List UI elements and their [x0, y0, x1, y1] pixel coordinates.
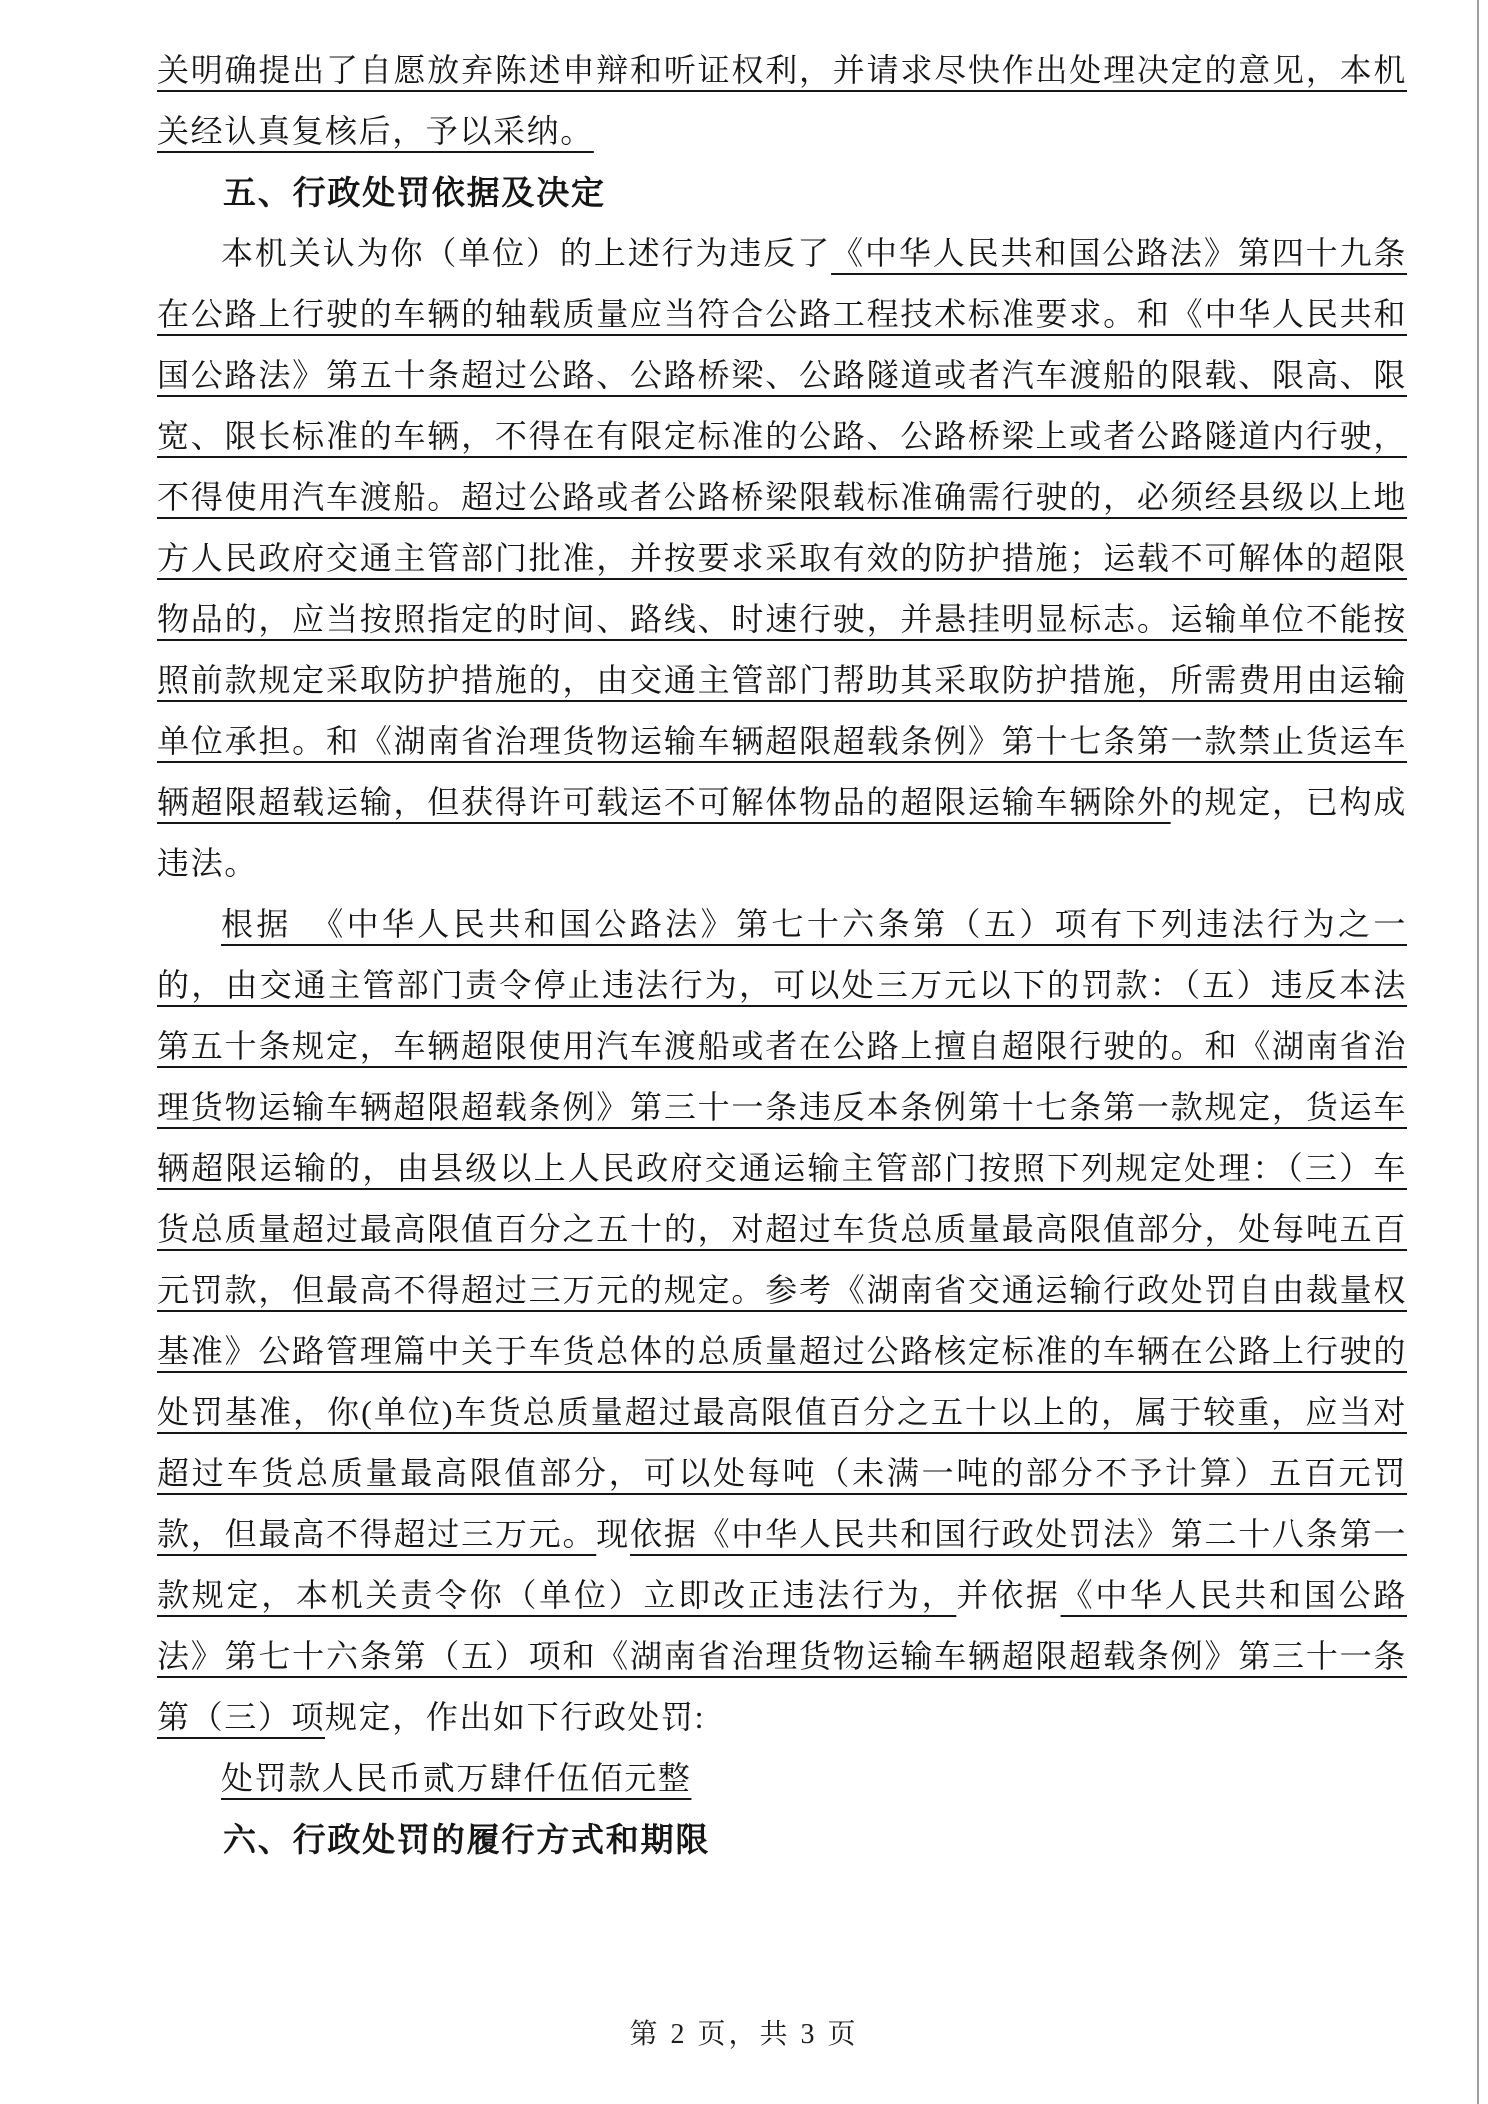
underlined-text: 根据 《中华人民共和国公路法》第七十六条第（五）项有下列违法行为之一的，由交通主… — [157, 906, 1407, 1552]
underlined-text: 关明确提出了自愿放弃陈述申辩和听证权利，并请求尽快作出处理决定的意见，本机关经认… — [157, 52, 1407, 149]
paragraph: 根据 《中华人民共和国公路法》第七十六条第（五）项有下列违法行为之一的，由交通主… — [157, 894, 1407, 1748]
plain-text: 规定，作出如下行政处罚: — [325, 1699, 705, 1735]
page-number: 第 2 页，共 3 页 — [629, 2019, 858, 2050]
underlined-text: 处罚款人民币贰万肆仟伍佰元整 — [221, 1760, 691, 1796]
page-footer: 第 2 页，共 3 页 — [0, 2012, 1488, 2052]
document-body: 关明确提出了自愿放弃陈述申辩和听证权利，并请求尽快作出处理决定的意见，本机关经认… — [157, 40, 1407, 1870]
underlined-text: 《中华人民共和国公路法》第四十九条在公路上行驶的车辆的轴载质量应当符合公路工程技… — [157, 235, 1407, 820]
section-heading: 五、行政处罚依据及决定 — [157, 162, 1407, 223]
paragraph: 处罚款人民币贰万肆仟伍佰元整 — [157, 1748, 1407, 1809]
paragraph: 关明确提出了自愿放弃陈述申辩和听证权利，并请求尽快作出处理决定的意见，本机关经认… — [157, 40, 1407, 162]
document-page: 关明确提出了自愿放弃陈述申辩和听证权利，并请求尽快作出处理决定的意见，本机关经认… — [0, 0, 1488, 2104]
plain-text: 现 — [596, 1516, 630, 1552]
paragraph: 本机关认为你（单位）的上述行为违反了《中华人民共和国公路法》第四十九条在公路上行… — [157, 223, 1407, 894]
plain-text: 本机关认为你（单位）的上述行为违反了 — [221, 235, 831, 271]
scan-edge-line — [1477, 0, 1479, 2104]
plain-text: 并依据 — [956, 1577, 1060, 1613]
section-heading: 六、行政处罚的履行方式和期限 — [157, 1809, 1407, 1870]
